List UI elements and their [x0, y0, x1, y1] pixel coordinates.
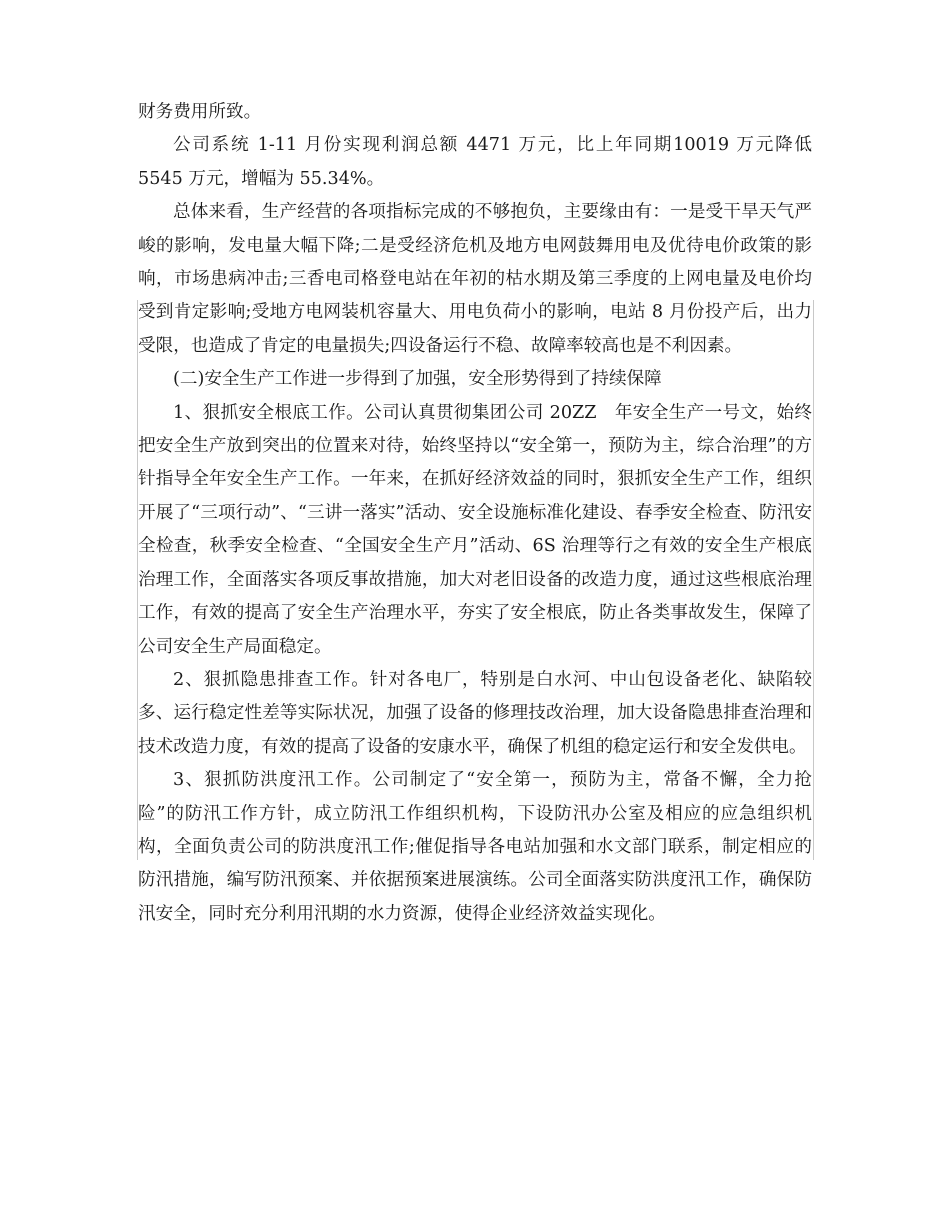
paragraph-hazard-inspection: 2、狠抓隐患排查工作。针对各电厂，特别是白水河、中山包设备老化、缺陷较多、运行稳… — [138, 664, 812, 764]
document-body: 财务费用所致。 公司系统 1-11 月份实现利润总额 4471 万元，比上年同期… — [138, 96, 812, 931]
paragraph-profit-total: 公司系统 1-11 月份实现利润总额 4471 万元，比上年同期10019 万元… — [138, 129, 812, 196]
paragraph-flood-control: 3、狠抓防洪度汛工作。公司制定了“安全第一，预防为主，常备不懈，全力抢险”的防汛… — [138, 764, 812, 931]
paragraph-safety-foundation: 1、狠抓安全根底工作。公司认真贯彻集团公司 20ZZ 年安全生产一号文，始终把安… — [138, 397, 812, 664]
paragraph-reasons: 总体来看，生产经营的各项指标完成的不够抱负，主要缘由有：一是受干旱天气严峻的影响… — [138, 196, 812, 363]
paragraph-finance-cost: 财务费用所致。 — [138, 96, 812, 129]
section-heading-safety: (二)安全生产工作进一步得到了加强，安全形势得到了持续保障 — [138, 363, 812, 396]
